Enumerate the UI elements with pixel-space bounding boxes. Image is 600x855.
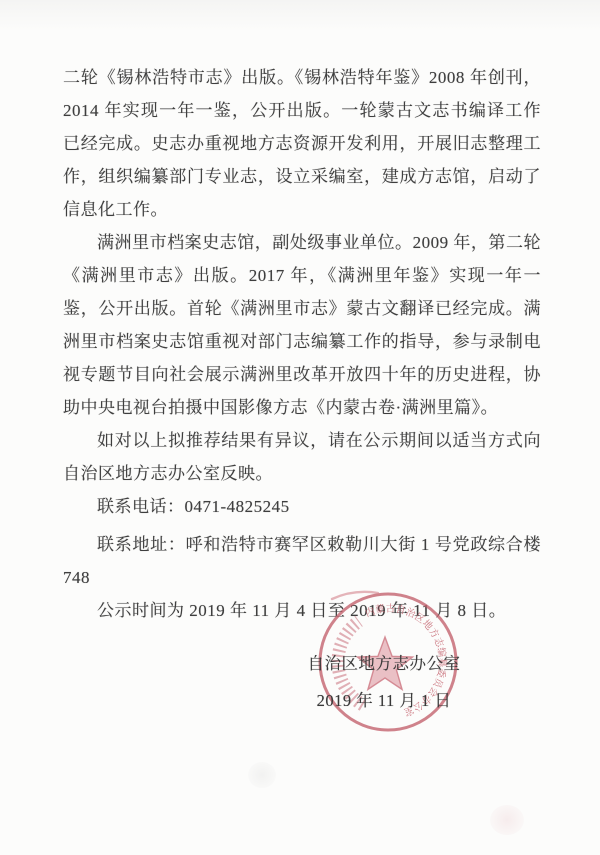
signature-org: 自治区地方志办公室	[296, 645, 472, 682]
scan-smudge	[248, 762, 276, 788]
scan-smudge	[490, 805, 524, 835]
signature-block: 自治区地方志办公室 2019 年 11 月 1 日	[296, 645, 472, 719]
paragraph-continuation: 二轮《锡林浩特市志》出版。《锡林浩特年鉴》2008 年创刊，2014 年实现一年…	[63, 61, 541, 226]
signature-date: 2019 年 11 月 1 日	[296, 682, 472, 719]
document-body: 二轮《锡林浩特市志》出版。《锡林浩特年鉴》2008 年创刊，2014 年实现一年…	[63, 61, 541, 627]
contact-phone: 联系电话：0471-4825245	[63, 490, 541, 523]
paragraph-objection-notice: 如对以上拟推荐结果有异议，请在公示期间以适当方式向自治区地方志办公室反映。	[63, 424, 541, 490]
contact-address: 联系地址：呼和浩特市赛罕区敕勒川大街 1 号党政综合楼 748	[63, 528, 541, 594]
paragraph-manzhouli: 满洲里市档案史志馆，副处级事业单位。2009 年，第二轮《满洲里市志》出版。20…	[63, 226, 541, 424]
notice-period: 公示时间为 2019 年 11 月 4 日至 2019 年 11 月 8 日。	[63, 594, 541, 627]
scanned-document-page: 二轮《锡林浩特市志》出版。《锡林浩特年鉴》2008 年创刊，2014 年实现一年…	[0, 0, 600, 855]
